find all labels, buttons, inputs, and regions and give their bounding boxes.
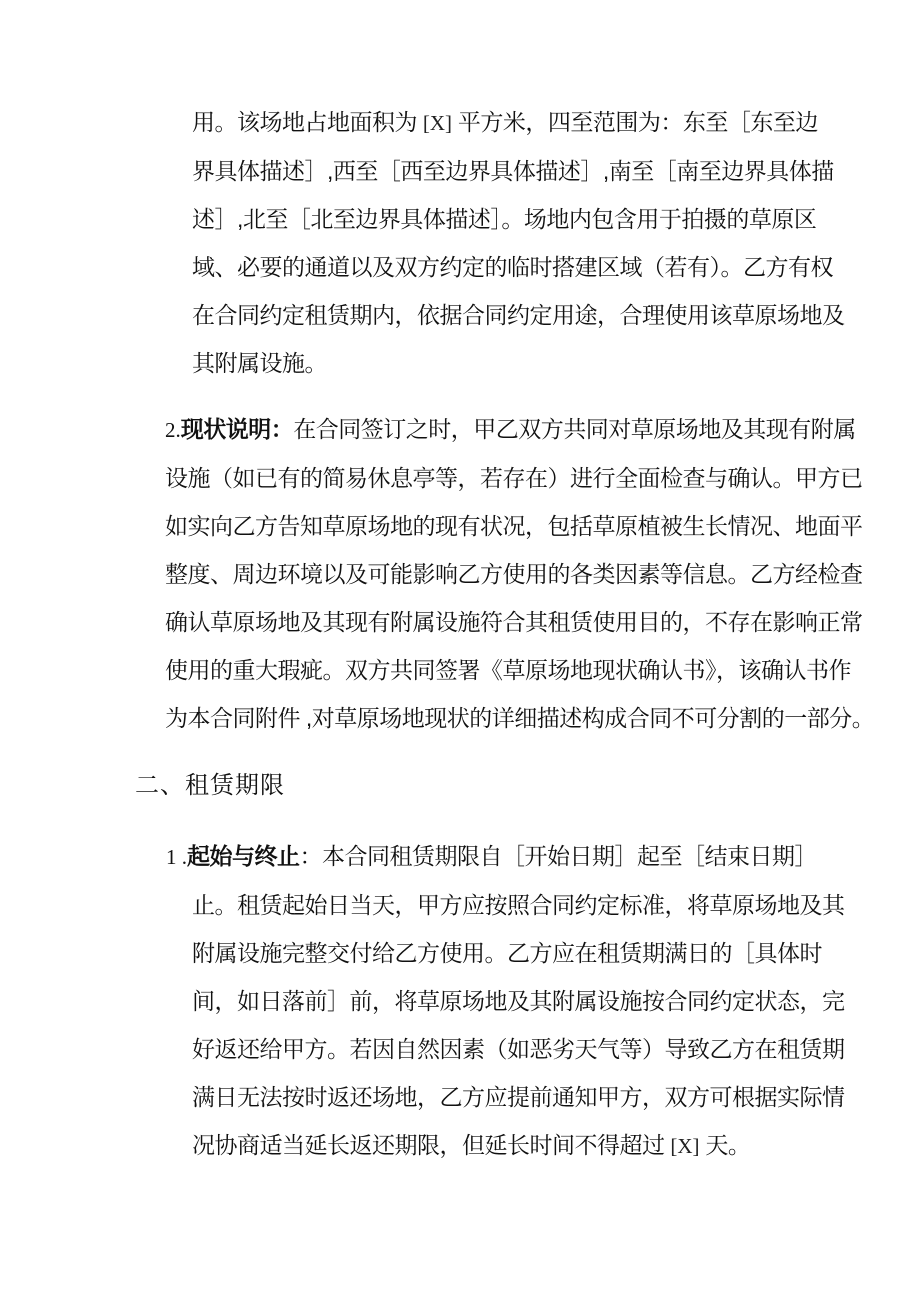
clause-number: 2. [165, 418, 181, 442]
clause-label: 现状说明： [181, 416, 294, 442]
section-heading-lease-term: 二、租赁期限 [135, 762, 920, 810]
usage-text-rest: 平方米，四至范围为：东至［东至边 界具体描述］,西至［西至边界具体描述］,南至［… [192, 109, 845, 376]
contract-document-page: 用。该场地占地面积为 [X] 平方米，四至范围为：东至［东至边 界具体描述］,西… [0, 0, 920, 1301]
section-heading-text: 二、租赁期限 [135, 772, 285, 799]
clause-term-start-end: 1 .起始与终止：本合同租赁期限自［开始日期］起至［结束日期］ 止。租赁起始日当… [192, 832, 896, 1170]
days-placeholder: [X] [670, 1134, 699, 1158]
clause-term-text: ：本合同租赁期限自［开始日期］起至［结束日期］ 止。租赁起始日当天，甲方应按照合… [192, 843, 845, 1158]
clause-label: 起始与终止 [187, 843, 300, 869]
clause-status-description: 2.现状说明：在合同签订之时，甲乙双方共同对草原场地及其现有附属 设施（如已有的… [165, 405, 896, 742]
clause-number: 1 . [166, 845, 187, 869]
usage-text-lead: 用。该场地占地面积为 [192, 109, 423, 135]
paragraph-usage-continuation: 用。该场地占地面积为 [X] 平方米，四至范围为：东至［东至边 界具体描述］,西… [192, 98, 896, 387]
clause-term-tail: 天。 [700, 1132, 751, 1158]
area-placeholder: [X] [423, 111, 452, 135]
clause-status-text: 在合同签订之时，甲乙双方共同对草原场地及其现有附属 设施（如已有的简易休息亭等，… [165, 416, 874, 731]
